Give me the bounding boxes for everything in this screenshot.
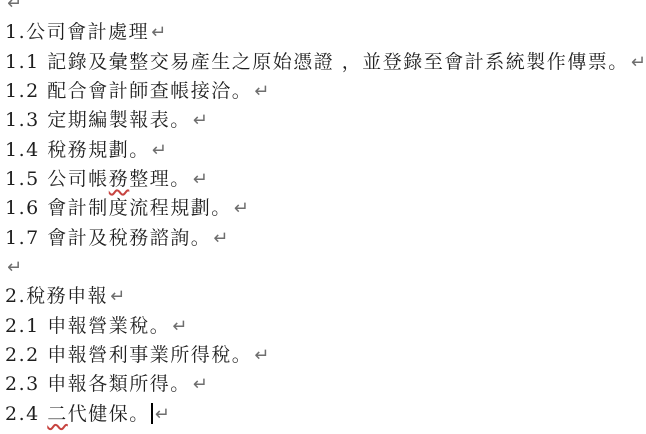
return-mark-icon: ↵ [108, 286, 125, 307]
doc-line[interactable]: 1.公司會計處理↵ [5, 18, 646, 47]
line-text: 2.1 申報營業稅。 [5, 315, 170, 337]
return-mark-icon: ↵ [149, 22, 166, 43]
return-mark-icon: ↵ [252, 345, 269, 366]
line-text: 1.5 公司帳 [5, 168, 109, 190]
doc-line[interactable]: 1.4 稅務規劃。↵ [5, 136, 646, 165]
return-mark-icon: ↵ [232, 198, 249, 219]
doc-line[interactable]: 1.3 定期編製報表。↵ [5, 106, 646, 135]
line-text: 2.2 申報營利事業所得稅。 [5, 344, 252, 366]
doc-line[interactable]: 2.3 申報各類所得。↵ [5, 370, 646, 399]
line-text: 1.7 會計及稅務諮詢。 [5, 227, 211, 249]
doc-line[interactable]: 2.2 申報營利事業所得稅。↵ [5, 341, 646, 370]
spellcheck-squiggle-text: 務 [109, 168, 130, 190]
spellcheck-squiggle-text: 二 [47, 403, 68, 425]
line-text: 1.2 配合會計師查帳接洽。 [5, 80, 252, 102]
return-mark-icon: ↵ [150, 140, 167, 161]
doc-line[interactable]: ↵ [5, 253, 646, 282]
return-mark-icon: ↵ [153, 404, 170, 425]
line-text: 1.3 定期編製報表。 [5, 109, 191, 131]
return-mark-icon: ↵ [191, 374, 208, 395]
doc-line[interactable]: 1.6 會計制度流程規劃。↵ [5, 194, 646, 223]
doc-line[interactable]: ↵ [5, 0, 646, 18]
return-mark-icon: ↵ [5, 0, 22, 14]
return-mark-icon: ↵ [170, 316, 187, 337]
doc-line[interactable]: 1.1 記錄及彙整交易產生之原始憑證 ，並登錄至會計系統製作傳票。↵ [5, 48, 646, 77]
line-text: 2.4 [5, 403, 47, 425]
doc-line[interactable]: 1.2 配合會計師查帳接洽。↵ [5, 77, 646, 106]
return-mark-icon: ↵ [211, 228, 228, 249]
line-text: 1.公司會計處理 [5, 21, 149, 43]
return-mark-icon: ↵ [5, 257, 22, 278]
line-text: 整理。 [129, 168, 191, 190]
line-text: 代健保。 [68, 403, 150, 425]
doc-line[interactable]: 2.4 二代健保。↵ [5, 400, 646, 429]
return-mark-icon: ↵ [191, 110, 208, 131]
doc-line[interactable]: 1.5 公司帳務整理。↵ [5, 165, 646, 194]
return-mark-icon: ↵ [191, 169, 208, 190]
return-mark-icon: ↵ [629, 52, 646, 73]
return-mark-icon: ↵ [252, 81, 269, 102]
doc-line[interactable]: 2.1 申報營業稅。↵ [5, 312, 646, 341]
line-text: 1.6 會計制度流程規劃。 [5, 197, 232, 219]
doc-line[interactable]: 1.7 會計及稅務諮詢。↵ [5, 224, 646, 253]
line-text: 1.4 稅務規劃。 [5, 139, 150, 161]
line-text: 2.3 申報各類所得。 [5, 373, 191, 395]
document-canvas[interactable]: ↵ 1.公司會計處理↵ 1.1 記錄及彙整交易產生之原始憑證 ，並登錄至會計系統… [0, 0, 646, 434]
line-text: 1.1 記錄及彙整交易產生之原始憑證 ，並登錄至會計系統製作傳票。 [5, 51, 629, 73]
line-text: 2.稅務申報 [5, 285, 108, 307]
doc-line[interactable]: 2.稅務申報↵ [5, 282, 646, 311]
